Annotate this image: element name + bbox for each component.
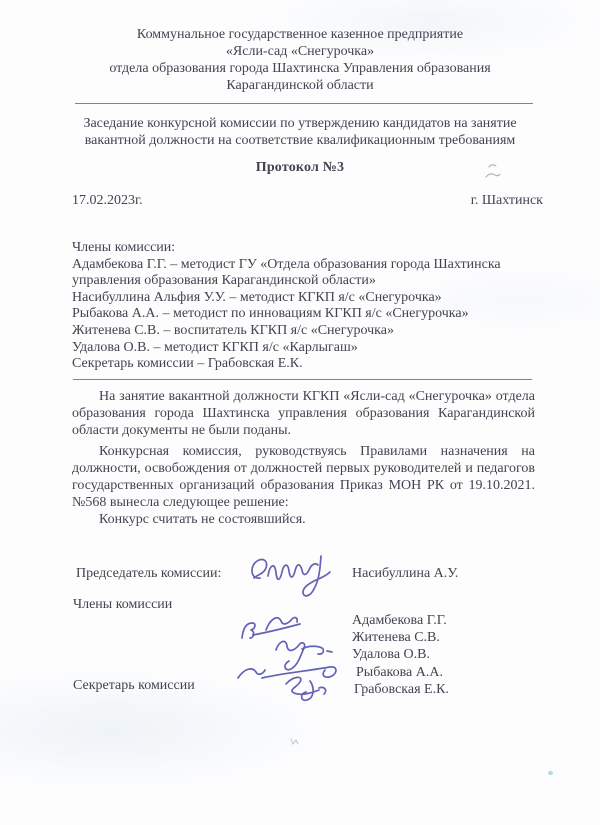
commission-member: Адамбекова Г.Г. – методист ГУ «Отдела об…: [72, 257, 524, 290]
scanned-protocol-document: Коммунальное государственное казенное пр…: [0, 0, 600, 825]
decision-text: Конкурс считать не состоявшийся.: [72, 511, 535, 528]
document-city: г. Шахтинск: [471, 193, 543, 209]
commission-member: Рыбакова А.А. – методист по инновациям К…: [72, 306, 524, 323]
member-signature-ink: [253, 618, 300, 635]
signature-names-column: Адамбекова Г.Г. Житенева С.В. Удалова О.…: [352, 612, 449, 698]
org-name-line: отдела образования города Шахтинска Упра…: [65, 60, 535, 94]
commission-member: Удалова О.В. – методист КГКП я/с «Карлыг…: [72, 340, 524, 357]
secretary-signature-ink: [286, 677, 326, 700]
scan-artifact: [483, 161, 503, 183]
member-signature-name: Удалова О.В.: [352, 646, 449, 663]
members-label: Члены комиссии: [73, 597, 172, 613]
member-signature-ink: [276, 641, 332, 669]
commission-member: Насибуллина Альфия У.У. – методист КГКП …: [72, 290, 524, 307]
org-header: Коммунальное государственное казенное пр…: [65, 26, 535, 94]
protocol-title: Протокол №3: [0, 160, 600, 176]
member-signature-name: Житенева С.В.: [352, 629, 449, 646]
chairman-signature-ink: [268, 556, 330, 596]
org-name-line: Коммунальное государственное казенное пр…: [65, 26, 535, 43]
member-signature-name: Рыбакова А.А.: [352, 664, 449, 681]
member-signature-ink: [238, 667, 336, 678]
commission-member: Житенева С.В. – воспитатель КГКП я/с «Сн…: [72, 323, 524, 340]
document-date: 17.02.2023г.: [72, 193, 143, 209]
org-name-line: «Ясли-сад «Снегурочка»: [65, 43, 535, 60]
secretary-label: Секретарь комиссии: [73, 678, 195, 694]
scan-artifact: [288, 736, 302, 748]
commission-members-list: Члены комиссии: Адамбекова Г.Г. – методи…: [72, 240, 524, 373]
commission-heading: Члены комиссии:: [72, 240, 524, 257]
document-body: На занятие вакантной должности КГКП «Ясл…: [72, 388, 535, 528]
handwritten-signatures-ink: [230, 546, 360, 704]
body-paragraph: На занятие вакантной должности КГКП «Ясл…: [72, 388, 535, 439]
body-paragraph: Конкурсная комиссия, руководствуясь Прав…: [72, 443, 535, 511]
chairman-name: Насибуллина А.У.: [352, 566, 458, 582]
horizontal-rule-middle: [73, 379, 532, 380]
horizontal-rule-top: [75, 103, 533, 104]
chairman-signature-ink: [252, 559, 267, 578]
chairman-label: Председатель комиссии:: [76, 566, 221, 582]
scan-artifact: [548, 771, 553, 775]
secretary-name: Грабовская Е.К.: [352, 681, 449, 698]
member-signature-name: Адамбекова Г.Г.: [352, 612, 449, 629]
date-city-row: 17.02.2023г. г. Шахтинск: [72, 193, 543, 209]
meeting-title: Заседание конкурсной комиссии по утвержд…: [80, 115, 520, 149]
commission-member: Секретарь комиссии – Грабовская Е.К.: [72, 356, 524, 373]
